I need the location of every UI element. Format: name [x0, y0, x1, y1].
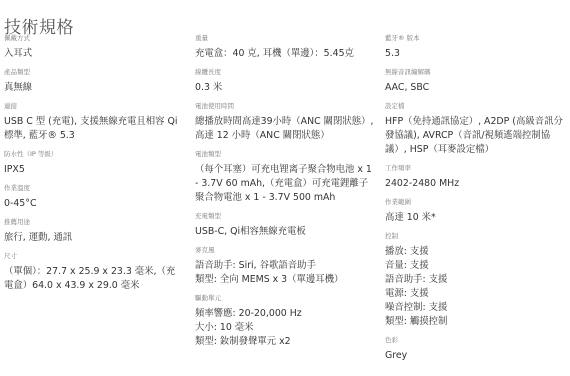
spec-bluetooth-version: 藍牙® 版本 5.3: [385, 34, 570, 61]
spec-value-line: 0-45°C: [4, 197, 184, 211]
spec-value: 5.3: [385, 47, 570, 61]
spec-label: 色彩: [385, 336, 570, 345]
spec-dimensions: 尺寸 （單個）：27.7 x 25.9 x 23.3 毫米,（充電盒）64.0 …: [4, 252, 184, 293]
spec-label: 重量: [195, 34, 375, 43]
spec-value-line: 類型: 釹制發聲單元 x2: [195, 335, 375, 349]
spec-value-line: 真無線: [4, 81, 184, 95]
spec-battery-life: 電池使用時間 總播放時間高達39小時（ANC 關閉狀態）, 高達 12 小時（A…: [195, 102, 375, 143]
spec-column-1: 佩戴方式 入耳式 產品類型 真無線 連接 USB C 型 (充電), 支援無線充…: [4, 34, 184, 300]
spec-value: 2402-2480 MHz: [385, 177, 570, 191]
spec-value-line: 語音助手: 支援: [385, 273, 570, 287]
spec-value: 旅行, 運動, 通訊: [4, 231, 184, 245]
spec-value-line: AAC, SBC: [385, 81, 570, 95]
spec-value-line: 類型: 全向 MEMS x 3（單邊耳機）: [195, 273, 375, 287]
spec-value-line: 入耳式: [4, 47, 184, 61]
spec-label: 線纜長度: [195, 68, 375, 77]
spec-value-line: 總播放時間高達39小時（ANC 關閉狀態）, 高達 12 小時（ANC 關閉狀態…: [195, 115, 375, 143]
spec-weight: 重量 充電盒：40 克, 耳機（單邊）：5.45克: [195, 34, 375, 61]
spec-value-line: USB-C, Qi相容無線充電板: [195, 225, 375, 239]
spec-recommended-use: 推薦用途 旅行, 運動, 通訊: [4, 218, 184, 245]
spec-controls: 控制 播放: 支援 音量: 支援 語音助手: 支援 電源: 支援 噪音控制: 支…: [385, 232, 570, 329]
spec-value-line: 高達 10 米*: [385, 211, 570, 225]
spec-value: USB C 型 (充電), 支援無線充電且相容 Qi 標準, 藍牙® 5.3: [4, 115, 184, 143]
spec-value: 總播放時間高達39小時（ANC 關閉狀態）, 高達 12 小時（ANC 關閉狀態…: [195, 115, 375, 143]
spec-driver-unit: 驅動單元 頻率響應: 20-20,000 Hz 大小: 10 毫米 類型: 釹制…: [195, 294, 375, 349]
spec-battery-type: 電池類型 （每个耳塞）可充电锂离子聚合物电池 x 1 - 3.7V 60 mAh…: [195, 150, 375, 205]
spec-label: 充電類型: [195, 212, 375, 221]
spec-label: 作業範圍: [385, 198, 570, 207]
spec-wear-style: 佩戴方式 入耳式: [4, 34, 184, 61]
spec-value-line: 2402-2480 MHz: [385, 177, 570, 191]
spec-connectivity: 連接 USB C 型 (充電), 支援無線充電且相容 Qi 標準, 藍牙® 5.…: [4, 102, 184, 143]
spec-value-line: 頻率響應: 20-20,000 Hz: [195, 307, 375, 321]
spec-label: 無線音訊編解碼: [385, 68, 570, 77]
spec-value: 0-45°C: [4, 197, 184, 211]
spec-value-line: （單個）：27.7 x 25.9 x 23.3 毫米,（充電盒）64.0 x 4…: [4, 265, 184, 293]
spec-value-line: USB C 型 (充電), 支援無線充電且相容 Qi 標準, 藍牙® 5.3: [4, 115, 184, 143]
spec-value: 高達 10 米*: [385, 211, 570, 225]
spec-label: 連接: [4, 102, 184, 111]
spec-value: 頻率響應: 20-20,000 Hz 大小: 10 毫米 類型: 釹制發聲單元 …: [195, 307, 375, 349]
spec-value: USB-C, Qi相容無線充電板: [195, 225, 375, 239]
spec-label: 麥克風: [195, 246, 375, 255]
spec-label: 防水性（IP 等級）: [4, 150, 184, 159]
spec-label: 工作頻率: [385, 164, 570, 173]
spec-microphone: 麥克風 語音助手: Siri, 谷歌語音助手 類型: 全向 MEMS x 3（單…: [195, 246, 375, 287]
spec-operating-temperature: 作業溫度 0-45°C: [4, 184, 184, 211]
spec-column-3: 藍牙® 版本 5.3 無線音訊編解碼 AAC, SBC 設定檔 HFP（免持通訊…: [385, 34, 570, 370]
spec-product-type: 產品類型 真無線: [4, 68, 184, 95]
spec-label: 電池類型: [195, 150, 375, 159]
spec-value-line: 噪音控制: 支援: [385, 301, 570, 315]
spec-value-line: IPX5: [4, 163, 184, 177]
spec-label: 產品類型: [4, 68, 184, 77]
spec-color: 色彩 Grey: [385, 336, 570, 363]
spec-operating-range: 作業範圍 高達 10 米*: [385, 198, 570, 225]
spec-value: （單個）：27.7 x 25.9 x 23.3 毫米,（充電盒）64.0 x 4…: [4, 265, 184, 293]
spec-value-line: 播放: 支援: [385, 245, 570, 259]
spec-value: HFP（免持通訊協定）, A2DP (高級音訊分發協議), AVRCP（音訊/視…: [385, 115, 570, 157]
spec-value: 播放: 支援 音量: 支援 語音助手: 支援 電源: 支援 噪音控制: 支援 類…: [385, 245, 570, 329]
spec-value-line: 充電盒：40 克, 耳機（單邊）：5.45克: [195, 47, 375, 61]
spec-value: 真無線: [4, 81, 184, 95]
spec-value: （每个耳塞）可充电锂离子聚合物电池 x 1 - 3.7V 60 mAh,（充電盒…: [195, 163, 375, 205]
spec-value-line: （每个耳塞）可充电锂离子聚合物电池 x 1 - 3.7V 60 mAh,（充電盒…: [195, 163, 375, 205]
spec-label: 佩戴方式: [4, 34, 184, 43]
spec-value: IPX5: [4, 163, 184, 177]
spec-value: 入耳式: [4, 47, 184, 61]
spec-value: 0.3 米: [195, 81, 375, 95]
spec-label: 設定檔: [385, 102, 570, 111]
spec-charging-type: 充電類型 USB-C, Qi相容無線充電板: [195, 212, 375, 239]
spec-value-line: 大小: 10 毫米: [195, 321, 375, 335]
spec-cable-length: 線纜長度 0.3 米: [195, 68, 375, 95]
spec-label: 推薦用途: [4, 218, 184, 227]
spec-value-line: 語音助手: Siri, 谷歌語音助手: [195, 259, 375, 273]
spec-value-line: 旅行, 運動, 通訊: [4, 231, 184, 245]
spec-value-line: 類型: 觸摸控制: [385, 315, 570, 329]
spec-value-line: 5.3: [385, 47, 570, 61]
spec-label: 尺寸: [4, 252, 184, 261]
spec-label: 控制: [385, 232, 570, 241]
spec-value-line: HFP（免持通訊協定）, A2DP (高級音訊分發協議), AVRCP（音訊/視…: [385, 115, 570, 157]
spec-operating-frequency: 工作頻率 2402-2480 MHz: [385, 164, 570, 191]
spec-value-line: Grey: [385, 349, 570, 363]
spec-value: 語音助手: Siri, 谷歌語音助手 類型: 全向 MEMS x 3（單邊耳機）: [195, 259, 375, 287]
spec-value: Grey: [385, 349, 570, 363]
spec-value-line: 0.3 米: [195, 81, 375, 95]
spec-value-line: 電源: 支援: [385, 287, 570, 301]
spec-label: 藍牙® 版本: [385, 34, 570, 43]
spec-label: 電池使用時間: [195, 102, 375, 111]
spec-label: 作業溫度: [4, 184, 184, 193]
spec-wireless-codec: 無線音訊編解碼 AAC, SBC: [385, 68, 570, 95]
spec-water-resistance: 防水性（IP 等級） IPX5: [4, 150, 184, 177]
spec-label: 驅動單元: [195, 294, 375, 303]
spec-column-2: 重量 充電盒：40 克, 耳機（單邊）：5.45克 線纜長度 0.3 米 電池使…: [195, 34, 375, 356]
spec-profiles: 設定檔 HFP（免持通訊協定）, A2DP (高級音訊分發協議), AVRCP（…: [385, 102, 570, 157]
spec-value-line: 音量: 支援: [385, 259, 570, 273]
spec-value: 充電盒：40 克, 耳機（單邊）：5.45克: [195, 47, 375, 61]
spec-value: AAC, SBC: [385, 81, 570, 95]
